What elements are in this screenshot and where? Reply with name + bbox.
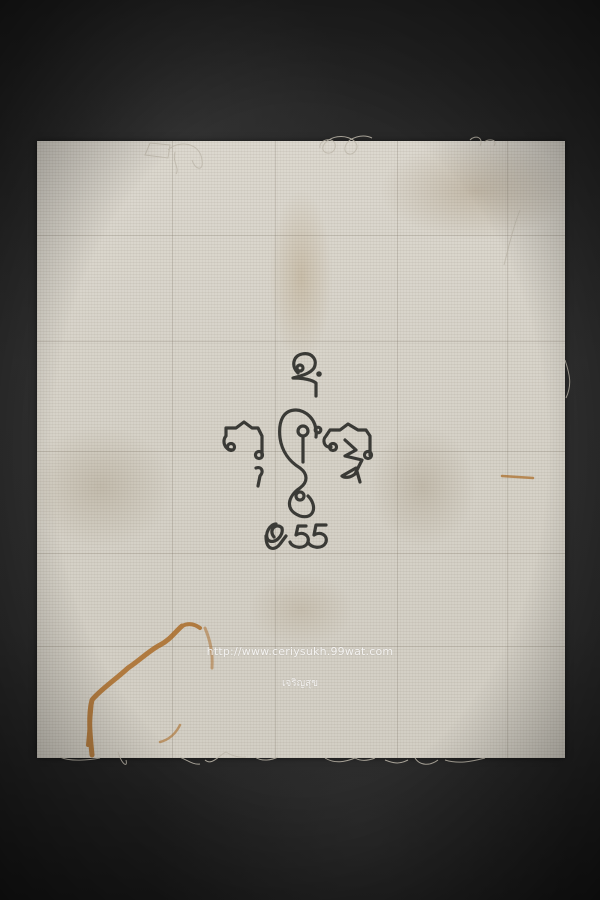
rust-stain [88,476,533,755]
photo-scene: http://www.ceriysukh.99wat.com เจริญสุข [0,0,600,900]
center-glyph-icon [280,410,321,517]
watermark-name: เจริญสุข [0,676,600,691]
yantra-sigil [224,354,372,549]
bottom-numerals-icon [266,524,326,548]
right-glyph-icon [324,424,372,482]
loose-threads-icon [60,136,570,764]
watermark-url: http://www.ceriysukh.99wat.com [0,645,600,658]
left-glyph-icon [224,422,263,486]
ink-and-stains [0,0,600,900]
top-glyph-icon [293,354,320,396]
